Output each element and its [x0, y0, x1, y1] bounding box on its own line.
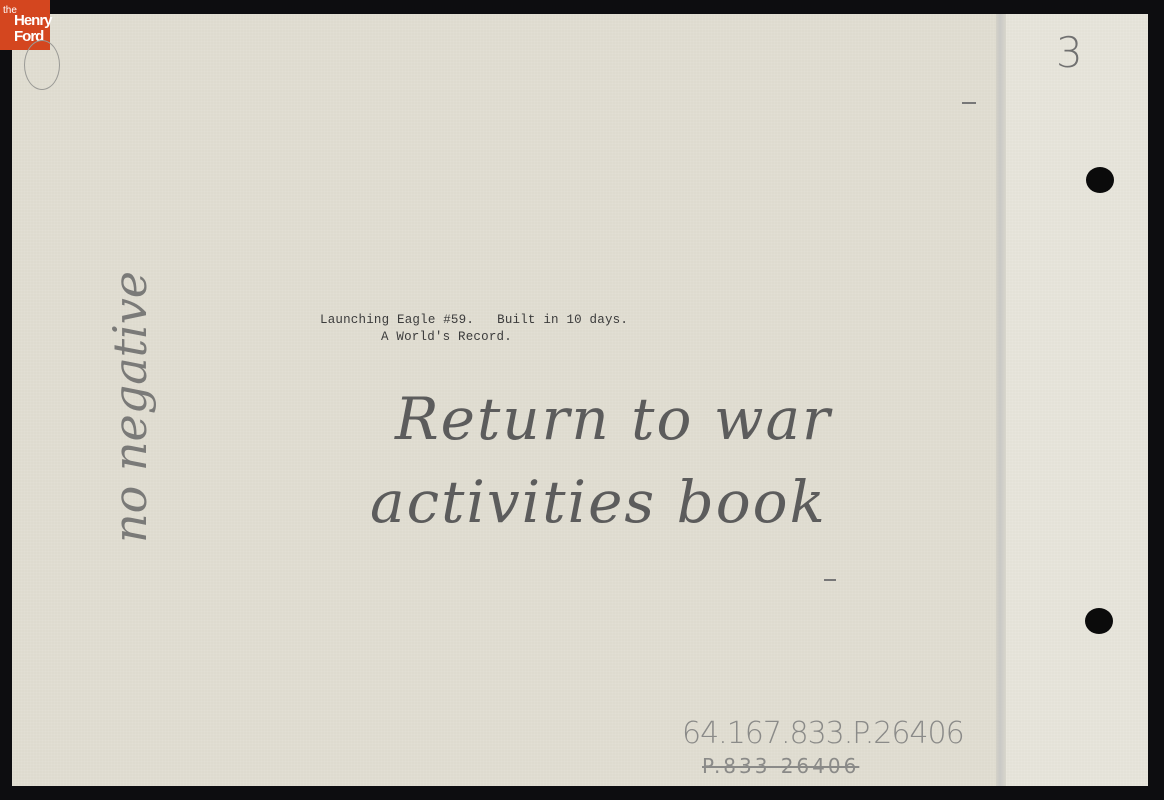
- page-number: 3: [1056, 28, 1083, 77]
- margin-note-vertical: no negative: [103, 197, 157, 617]
- typed-caption-line1: Launching Eagle #59. Built in 10 days.: [320, 313, 628, 327]
- fold-line: [996, 14, 1006, 786]
- punch-hole-icon: [1085, 608, 1113, 634]
- handwritten-note-line2: activities book: [370, 468, 827, 536]
- accession-number: 64.167.833.P.26406: [682, 716, 964, 751]
- logo-henry: Henry: [14, 13, 52, 28]
- punch-hole-icon: [1086, 167, 1114, 193]
- binding-strip: [1006, 14, 1148, 786]
- typed-caption-line2: A World's Record.: [381, 330, 512, 344]
- pencil-mark: [962, 102, 976, 104]
- circled-mark: [24, 40, 60, 90]
- pencil-mark: [824, 579, 836, 581]
- accession-number-struck: P.833-26406: [702, 754, 859, 778]
- handwritten-note-line1: Return to war: [395, 385, 832, 453]
